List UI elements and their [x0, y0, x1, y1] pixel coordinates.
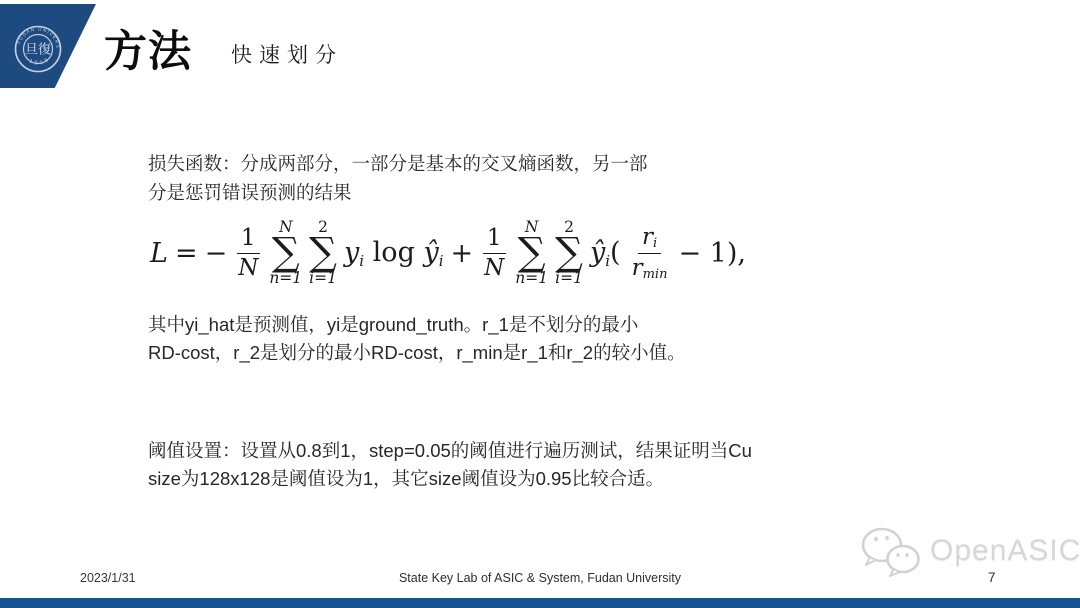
summation-n-2: N ∑ n=1	[515, 219, 548, 287]
summation-i-2: 2 ∑ i=1	[555, 219, 583, 287]
slide-subtitle: 快速划分	[231, 39, 343, 69]
openasic-wordmark: OpenASIC	[930, 534, 1080, 568]
svg-text:旦復: 旦復	[25, 42, 51, 57]
formula-minus: −	[205, 238, 228, 269]
fudan-university-seal-icon: FUDAN UNIVERSITY 1905 旦復	[14, 25, 62, 73]
paragraph-threshold-setting: 阈值设置：设置从0.8到1，step=0.05的阈值进行遍历测试，结果证明当Cu…	[148, 437, 888, 492]
loss-formula: L = − 1 N N ∑ n=1 2 ∑ i=1 yi log ŷi + 1 …	[150, 211, 746, 295]
bottom-bar	[0, 598, 1080, 608]
paragraph-loss-function: 损失函数：分成两部分，一部分是基本的交叉熵函数，另一部 分是惩罚错误预测的结果	[148, 149, 788, 207]
summation-i: 2 ∑ i=1	[309, 219, 337, 287]
fraction-1-over-N-2: 1 N	[480, 225, 508, 281]
formula-tail: − 1),	[678, 238, 746, 269]
formula-term-cross-entropy: yi log ŷi	[344, 237, 444, 270]
fraction-ri-over-rmin: ri rmin	[628, 224, 672, 283]
paragraph-variables-explanation: 其中yi_hat是预测值，yi是ground_truth。r_1是不划分的最小 …	[148, 311, 788, 366]
summation-n: N ∑ n=1	[269, 219, 302, 287]
openasic-logo: OpenASIC	[856, 524, 1080, 578]
svg-text:1905: 1905	[28, 55, 52, 66]
wechat-icon	[856, 524, 924, 578]
fraction-1-over-N: 1 N	[234, 225, 262, 281]
formula-plus: +	[451, 238, 474, 269]
formula-penalty-open: ŷi(	[590, 237, 621, 270]
slide: FUDAN UNIVERSITY 1905 旦復 方法 快速划分 损失函数：分成…	[0, 0, 1080, 608]
formula-equals: =	[175, 238, 198, 269]
slide-title: 方法	[104, 18, 192, 79]
formula-lhs: L	[150, 238, 168, 269]
